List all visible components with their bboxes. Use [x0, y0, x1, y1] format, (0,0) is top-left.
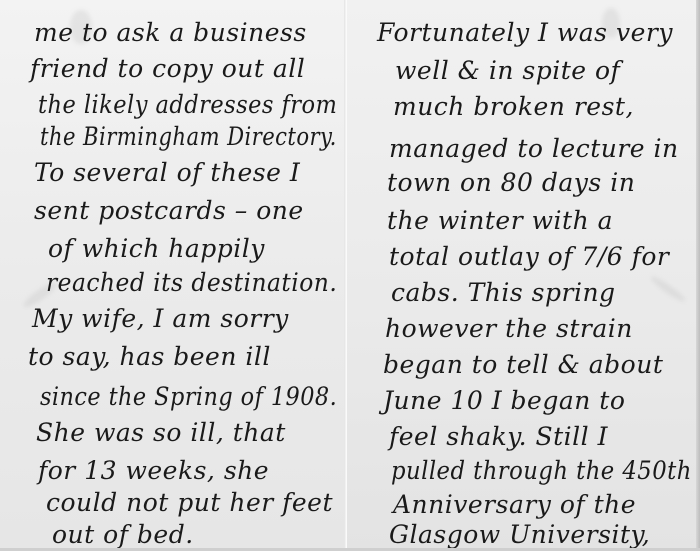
handwritten-line: feel shaky. Still I	[389, 424, 608, 449]
handwritten-line: pulled through the 450th	[391, 458, 692, 483]
handwritten-line: cabs. This spring	[391, 280, 616, 305]
handwritten-line: total outlay of 7/6 for	[389, 244, 669, 269]
paper-edge	[696, 0, 700, 551]
paper-crease	[649, 274, 688, 305]
handwritten-line: could not put her feet	[46, 490, 333, 515]
letter-scan: me to ask a business friend to copy out …	[0, 0, 700, 551]
handwritten-line: the winter with a	[387, 208, 613, 233]
handwritten-line: My wife, I am sorry	[32, 306, 289, 331]
handwritten-line: the likely addresses from	[38, 92, 337, 117]
handwritten-line: for 13 weeks, she	[38, 458, 269, 483]
handwritten-line: of which happily	[48, 236, 265, 261]
handwritten-line: out of bed.	[52, 522, 194, 547]
handwritten-line: since the Spring of 1908.	[40, 384, 337, 409]
handwritten-line: To several of these I	[34, 160, 300, 185]
handwritten-line: began to tell & about	[383, 352, 663, 377]
handwritten-line: Glasgow University,	[389, 522, 650, 547]
handwritten-line: June 10 I began to	[383, 388, 625, 413]
handwritten-line: She was so ill, that	[36, 420, 286, 445]
handwritten-line: friend to copy out all	[30, 56, 305, 81]
handwritten-line: well & in spite of	[395, 58, 620, 83]
left-page: me to ask a business friend to copy out …	[0, 0, 346, 551]
handwritten-line: me to ask a business	[34, 20, 307, 45]
handwritten-line: sent postcards – one	[34, 198, 304, 223]
handwritten-line: Fortunately I was very	[377, 20, 673, 45]
right-page: Fortunately I was very well & in spite o…	[347, 0, 700, 551]
handwritten-line: managed to lecture in	[389, 136, 679, 161]
handwritten-line: much broken rest,	[393, 94, 634, 119]
handwritten-line: however the strain	[385, 316, 633, 341]
handwritten-line: town on 80 days in	[387, 170, 635, 195]
handwritten-line: the Birmingham Directory.	[40, 124, 337, 149]
handwritten-line: Anniversary of the	[393, 492, 636, 517]
handwritten-line: reached its destination.	[46, 270, 337, 295]
handwritten-line: to say, has been ill	[28, 344, 271, 369]
